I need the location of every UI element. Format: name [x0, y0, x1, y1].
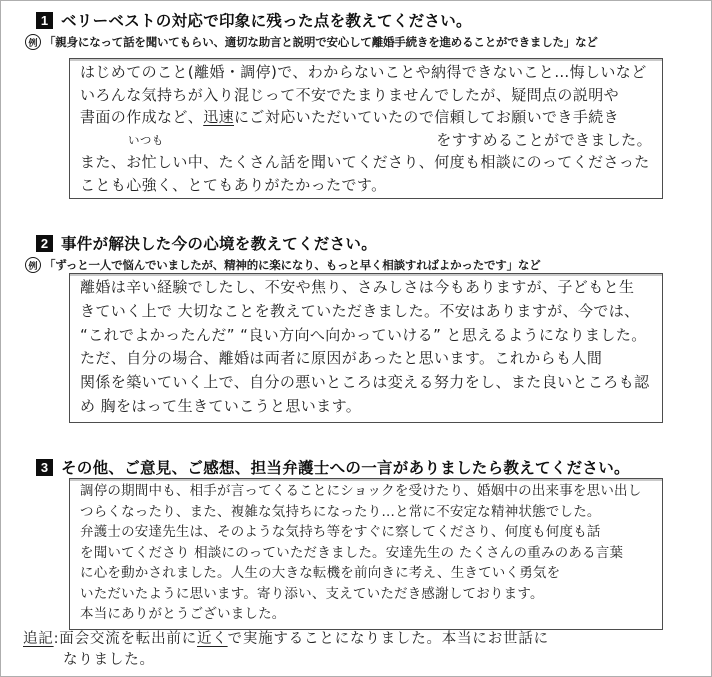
handwritten-line: いろんな気持ちが入り混じって不安でたまりませんでしたが、疑問点の説明や	[80, 84, 652, 107]
handwritten-text-segment: はじめてのこと(離婚・調停)で、わからないことや納得できないこと…悔しいなど	[80, 63, 647, 81]
handwritten-text-segment: いろんな気持ちが入り混じって不安でたまりませんでしたが、疑問点の説明や	[80, 86, 619, 104]
handwritten-line: また、お忙しい中、たくさん話を聞いてくださり、何度も相談にのってくださった	[80, 151, 652, 174]
handwritten-line: め 胸をはって生きていこうと思います。	[80, 395, 652, 419]
example-circle-mark: 例	[25, 257, 41, 273]
postscript-note: 追記:面会交流を転出前に近くで実施することになりました。本当にお世話になりました…	[23, 629, 683, 671]
handwritten-text-segment: で実施することになりました。本当にお世話に	[228, 631, 549, 647]
handwritten-text-segment: 書面の作成など、	[80, 108, 203, 126]
question-1-example-line: 例 「親身になって話を聞いてもらい、適切な助言と説明で安心して離婚手続きを進める…	[25, 34, 598, 50]
questionnaire-scan: 1 ベリーベストの対応で印象に残った点を教えてください。 例 「親身になって話を…	[0, 0, 712, 677]
handwritten-line: 調停の期間中も、相手が言ってくることにショックを受けたり、婚姻中の出来事を思い出…	[80, 481, 652, 502]
handwritten-text-segment: 追記	[23, 631, 54, 647]
example-answer-text: 「親身になって話を聞いてもらい、適切な助言と説明で安心して離婚手続きを進めること…	[44, 34, 598, 50]
handwritten-text-segment: :面会交流を転出前に	[54, 631, 197, 647]
handwritten-line: つらくなったり、また、複雑な気持ちになったり…と常に不安定な精神状態でした。	[80, 502, 652, 523]
handwritten-line: 離婚は辛い経験でしたし、不安や焦り、さみしさは今もありますが、子どもと生	[80, 276, 652, 300]
handwritten-text-segment: いただいたように思います。寄り添い、支えていただき感謝しております。	[80, 586, 544, 602]
handwritten-line: 追記:面会交流を転出前に近くで実施することになりました。本当にお世話に	[23, 629, 683, 650]
handwritten-response-box-1: はじめてのこと(離婚・調停)で、わからないことや納得できないこと…悔しいなどいろ…	[69, 58, 663, 199]
question-2-example-line: 例 「ずっと一人で悩んでいましたが、精神的に楽になり、もっと早く相談すればよかっ…	[25, 257, 541, 273]
handwritten-response-box-3: 調停の期間中も、相手が言ってくることにショックを受けたり、婚姻中の出来事を思い出…	[69, 478, 663, 630]
handwritten-text-segment: め 胸をはって生きていこうと思います。	[80, 397, 361, 415]
handwritten-line: いつもをすすめることができました。	[80, 129, 652, 152]
handwritten-line: 本当にありがとうございました。	[80, 604, 652, 625]
handwritten-line: 書面の作成など、迅速にご対応いただいていたので信頼してお願いでき手続き	[80, 106, 652, 129]
handwritten-text-segment: 迅速	[203, 108, 234, 126]
handwritten-text-segment: 関係を築いていく上で、自分の悪いところは変える努力をし、また良いところも認	[80, 373, 650, 391]
handwritten-text-segment: ことも心強く、とてもありがたかったです。	[80, 176, 387, 194]
example-answer-text: 「ずっと一人で悩んでいましたが、精神的に楽になり、もっと早く相談すればよかったで…	[44, 257, 541, 273]
handwritten-line: を聞いてくださり 相談にのっていただきました。安達先生の たくさんの重みのある言…	[80, 543, 652, 564]
handwritten-text-segment: 調停の期間中も、相手が言ってくることにショックを受けたり、婚姻中の出来事を思い出…	[80, 483, 641, 499]
handwritten-line: 関係を築いていく上で、自分の悪いところは変える努力をし、また良いところも認	[80, 371, 652, 395]
question-3-header: 3 その他、ご意見、ご感想、担当弁護士への一言がありましたら教えてください。	[36, 456, 630, 478]
handwritten-response-box-2: 離婚は辛い経験でしたし、不安や焦り、さみしさは今もありますが、子どもと生きていく…	[69, 273, 663, 423]
handwritten-text-segment: また、お忙しい中、たくさん話を聞いてくださり、何度も相談にのってくださった	[80, 153, 650, 171]
handwritten-text-segment: 弁護士の安達先生は、そのような気持ち等をすぐに察してくださり、何度も何度も話	[80, 524, 601, 540]
question-3-title: その他、ご意見、ご感想、担当弁護士への一言がありましたら教えてください。	[61, 456, 630, 478]
handwritten-text-segment: を聞いてくださり 相談にのっていただきました。安達先生の たくさんの重みのある言…	[80, 545, 623, 561]
handwritten-text-segment: なりました。	[63, 652, 155, 668]
handwritten-line: “これでよかったんだ” “良い方向へ向かっていける” と思えるようになりました。	[80, 324, 652, 348]
handwritten-text-segment: いつも	[128, 129, 164, 152]
handwritten-line: 弁護士の安達先生は、そのような気持ち等をすぐに察してくださり、何度も何度も話	[80, 522, 652, 543]
handwritten-text-segment: 近く	[197, 631, 228, 647]
handwritten-line: はじめてのこと(離婚・調停)で、わからないことや納得できないこと…悔しいなど	[80, 61, 652, 84]
handwritten-line: ただ、自分の場合、離婚は両者に原因があったと思います。これからも人間	[80, 347, 652, 371]
handwritten-text-segment: 離婚は辛い経験でしたし、不安や焦り、さみしさは今もありますが、子どもと生	[80, 278, 634, 296]
question-2-number-badge: 2	[36, 235, 53, 252]
handwritten-text-segment: にご対応いただいていたので信頼してお願いでき手続き	[234, 108, 619, 126]
question-1-number-badge: 1	[36, 12, 53, 29]
handwritten-line: いただいたように思います。寄り添い、支えていただき感謝しております。	[80, 584, 652, 605]
handwritten-line: なりました。	[63, 650, 683, 671]
handwritten-line: きていく上で 大切なことを教えていただきました。不安はありますが、今では、	[80, 300, 652, 324]
question-1-header: 1 ベリーベストの対応で印象に残った点を教えてください。	[36, 9, 472, 31]
handwritten-text-segment: きていく上で 大切なことを教えていただきました。不安はありますが、今では、	[80, 302, 640, 320]
question-2-header: 2 事件が解決した今の心境を教えてください。	[36, 232, 377, 254]
question-3-number-badge: 3	[36, 459, 53, 476]
question-1-title: ベリーベストの対応で印象に残った点を教えてください。	[61, 9, 472, 31]
question-2-title: 事件が解決した今の心境を教えてください。	[61, 232, 377, 254]
handwritten-text-segment: ただ、自分の場合、離婚は両者に原因があったと思います。これからも人間	[80, 349, 602, 367]
handwritten-text-segment: をすすめることができました。	[436, 129, 652, 152]
handwritten-text-segment: つらくなったり、また、複雑な気持ちになったり…と常に不安定な精神状態でした。	[80, 504, 601, 520]
handwritten-text-segment: 本当にありがとうございました。	[80, 606, 286, 622]
handwritten-text-segment: “これでよかったんだ” “良い方向へ向かっていける” と思えるようになりました。	[80, 326, 647, 344]
handwritten-line: ことも心強く、とてもありがたかったです。	[80, 174, 652, 197]
handwritten-line: に心を動かされました。人生の大きな転機を前向きに考え、生きていく勇気を	[80, 563, 652, 584]
handwritten-text-segment: に心を動かされました。人生の大きな転機を前向きに考え、生きていく勇気を	[80, 565, 560, 581]
example-circle-mark: 例	[25, 34, 41, 50]
